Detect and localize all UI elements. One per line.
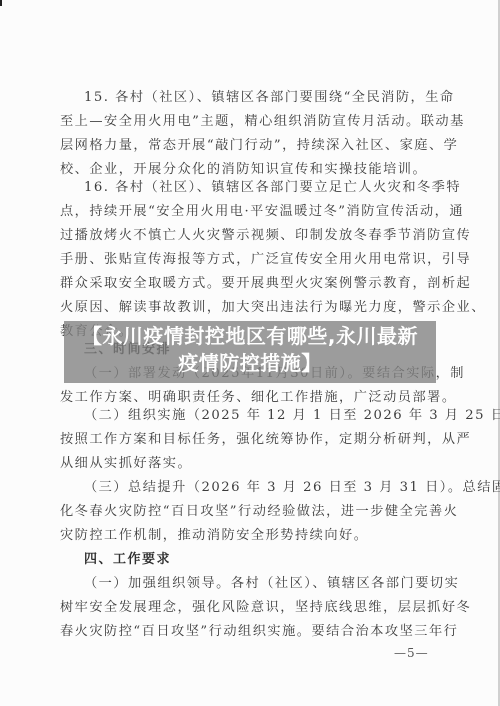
scan-edge bbox=[0, 0, 2, 6]
text-line: 群众采取安全取暖方式。要开展典型火灾案例警示教育，剖析起 bbox=[60, 272, 471, 291]
text-line: 校、企业，开展分众化的消防知识宣传和实操技能培训。 bbox=[60, 158, 427, 177]
text-line: 层网格力量，常态开展“敲门行动”，持续深入社区、家庭、学 bbox=[60, 134, 458, 153]
text-line: 火原因、解读事故教训，加大突出违法行为曝光力度，警示企业、 bbox=[60, 296, 486, 315]
text-line: 16. 各村（社区）、镇辖区各部门要立足亡人火灾和冬季特 bbox=[84, 176, 461, 195]
text-line: 发工作方案、明确职责任务、细化工作措施，广泛动员部署。 bbox=[60, 386, 457, 405]
text-line: 15. 各村（社区）、镇辖区各部门要围绕“全民消防，生命 bbox=[84, 86, 455, 105]
text-line: 手册、张贴宣传海报等方式，广泛宣传安全用火用电常识，引导 bbox=[60, 248, 471, 267]
text-line: 春火灾防控“百日攻坚”行动组织实施。要结合治本攻坚三年行 bbox=[60, 620, 458, 639]
section-heading: 四、工作要求 bbox=[84, 548, 171, 567]
text-line: 按照工作方案和目标任务，强化统筹协作，定期分析研判，从严 bbox=[60, 428, 471, 447]
text-line: 过播放烤火不慎亡人火灾警示视频、印制发放冬春季节消防宣传 bbox=[60, 224, 471, 243]
text-line: （二）组织实施（2025 年 12 月 1 日至 2026 年 3 月 25 日… bbox=[84, 404, 500, 423]
text-line: 树牢安全发展理念，强化风险意识，坚持底线思维，层层抓好冬 bbox=[60, 596, 471, 615]
text-line: 至上—安全用火用电”主题，精心组织消防宣传月活动。联动基 bbox=[60, 110, 465, 129]
text-line: （一）加强组织领导。各村（社区）、镇辖区各部门要切实 bbox=[84, 572, 459, 591]
overlay-title-line-2: 疫情防控措施】 bbox=[64, 350, 436, 377]
text-line: 点，持续开展“安全用火用电·平安温暖过冬”消防宣传活动，通 bbox=[60, 200, 464, 219]
document-page: 15. 各村（社区）、镇辖区各部门要围绕“全民消防，生命 至上—安全用火用电”主… bbox=[0, 0, 500, 706]
overlay-title-line-1: 【永川疫情封控地区有哪些,永川最新 bbox=[64, 323, 436, 350]
text-line: 灾防控工作机制，推动消防安全形势持续向好。 bbox=[60, 524, 368, 543]
overlay-title: 【永川疫情封控地区有哪些,永川最新 疫情防控措施】 bbox=[64, 323, 436, 377]
text-line: 从细从实抓好落实。 bbox=[60, 452, 192, 471]
text-line: （三）总结提升（2026 年 3 月 26 日至 3 月 31 日）。总结固 bbox=[84, 476, 500, 495]
text-line: 化冬春火灾防控“百日攻坚”行动经验做法，进一步健全完善火 bbox=[60, 500, 458, 519]
page-number: —5— bbox=[394, 646, 429, 660]
